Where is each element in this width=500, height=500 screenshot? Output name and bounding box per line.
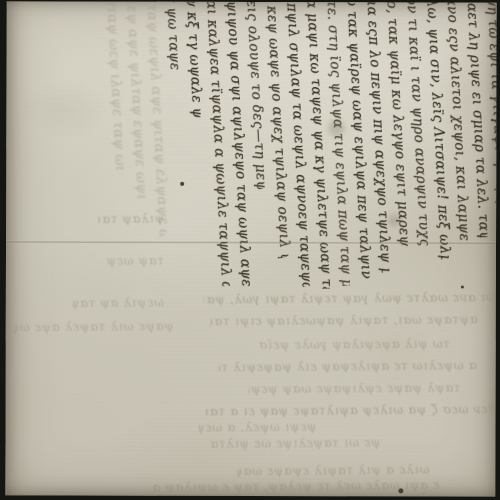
bleedthrough-row: ψε ωι ταψελιψε ωε ψιλταψ — [210, 434, 380, 451]
ink-spot — [180, 182, 184, 186]
bleedthrough-row: θεν ωεσ ζ ψα ωιλεψ αψιλταψε ψαψ ει α ταψ… — [206, 401, 496, 419]
bleedthrough-row: ψαψε ωιλ ταψελ αψε ωψιταψ ελ — [14, 318, 174, 335]
ink-smudge — [388, 214, 400, 226]
bleedthrough-row: τω ψιλ αψεψιλαψ γωλε ψεϊσ ωα — [254, 335, 450, 353]
main-handwriting-block: πυρα ο διψη τω εψι τα γτιγαψι· φ αψιρ πε… — [146, 1, 496, 297]
bleedthrough-row: ταψ ωεψιλ αψ — [106, 252, 164, 268]
scanned-letter-image: πυρα ο διψη τω εψι τα γτιγαψι· φ αψιρ πε… — [0, 0, 500, 500]
bleedthrough-row: ψιλαψ ταψε ωιλ — [98, 210, 164, 227]
ink-smudge — [328, 120, 344, 136]
manuscript-paper: πυρα ο διψη τω εψι τα γτιγαψι· φ αψιρ πε… — [5, 1, 496, 496]
ink-spot — [398, 488, 403, 493]
bleedthrough-row: ταψλ ψαψε εψλιψαψε ωαψ ψεψιλ — [249, 379, 461, 397]
bleedthrough-row: ωεψιλ αψ ταψε ωιλ — [72, 294, 164, 311]
bleedthrough-row: α ωψελιω τε αψιλεψαψ ειλ ψαψεψιλ ταψ — [219, 357, 477, 375]
bleedthrough-row: ε αψι ωαλε ωελ τε ψελαψ, ταψ ε ωψιλαψ α … — [153, 477, 439, 495]
bleedthrough-row: ψεψι ωψελ, α ωεψιλψα — [198, 419, 316, 436]
bleedthrough-row: σψο ψαλε ψ — [407, 489, 477, 496]
bleedthrough-row: ωι ανε ωαλτε ψωλ γαψ τεψιλ ταψι γωλ, ψαψ… — [204, 289, 496, 307]
ink-spot — [461, 286, 464, 289]
bleedthrough-row: αψταψε ωαι, ταψιλ ψαψωελιαψ ειψι ταψ ωελ… — [210, 311, 478, 329]
